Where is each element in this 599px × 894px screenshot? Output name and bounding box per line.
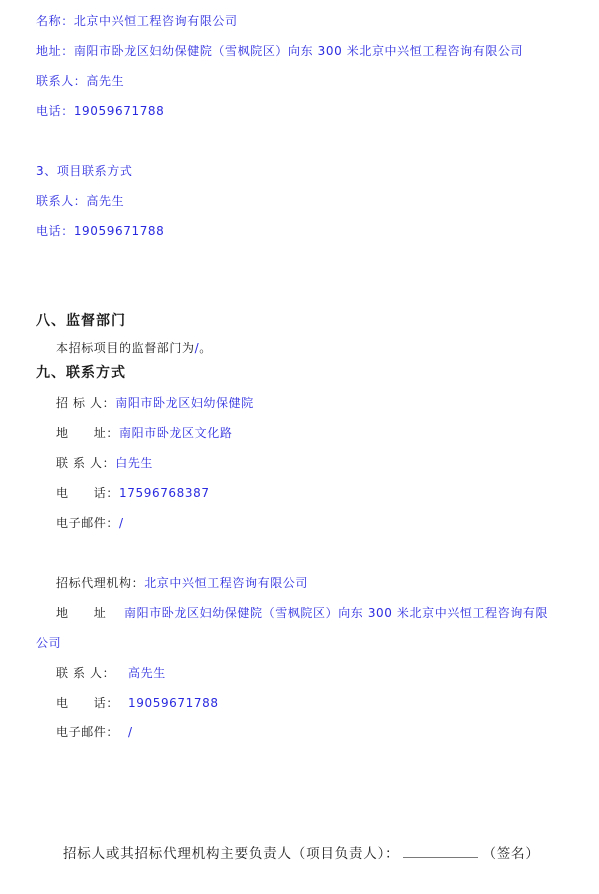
agency-addr-value-line2: 公司	[36, 635, 61, 651]
agency-email2-value: /	[128, 725, 133, 739]
agency-contact-line: 联系人：高先生	[36, 73, 124, 89]
tenderer-contact-value: 白先生	[115, 456, 153, 470]
agency-phone2-line: 电 话：19059671788	[56, 695, 219, 711]
tenderer-address-label: 地 址：	[56, 425, 119, 441]
tenderer-email-label: 电子邮件：	[56, 515, 119, 531]
tenderer-phone-line: 电 话：17596768387	[56, 485, 210, 501]
signature-line: 招标人或其招标代理机构主要负责人（项目负责人）：（签名）	[63, 843, 540, 863]
agency-contact-label: 联系人：	[36, 74, 86, 88]
section-8-heading: 八、监督部门	[36, 312, 126, 330]
tenderer-contact-label: 联 系 人：	[56, 455, 115, 471]
agency-name-line: 名称：北京中兴恒工程咨询有限公司	[36, 13, 238, 29]
signature-suffix: （签名）	[482, 846, 539, 862]
agency-email2-label: 电子邮件：	[56, 724, 128, 740]
agency-addr-value-line1: 南阳市卧龙区妇幼保健院（雪枫院区）向东 300 米北京中兴恒工程咨询有限	[124, 606, 548, 620]
tenderer-phone-label: 电 话：	[56, 485, 119, 501]
agency-phone-line: 电话：19059671788	[36, 103, 164, 119]
agency-email2-line: 电子邮件：/	[56, 724, 133, 740]
tenderer-email-line: 电子邮件：/	[56, 515, 124, 531]
agency-phone-value: 19059671788	[74, 104, 165, 118]
agency-address-line: 地址：南阳市卧龙区妇幼保健院（雪枫院区）向东 300 米北京中兴恒工程咨询有限公…	[36, 43, 523, 59]
agency-phone-label: 电话：	[36, 104, 74, 118]
supervision-text: 本招标项目的监督部门为/。	[56, 340, 212, 356]
tenderer-name-line: 招 标 人：南阳市卧龙区妇幼保健院	[56, 395, 254, 411]
agency-contact-value: 高先生	[86, 74, 124, 88]
signature-blank-field[interactable]	[403, 843, 478, 858]
tenderer-name-label: 招 标 人：	[56, 395, 115, 411]
agency-addr-line: 地 址南阳市卧龙区妇幼保健院（雪枫院区）向东 300 米北京中兴恒工程咨询有限	[56, 605, 548, 621]
tenderer-contact-line: 联 系 人：白先生	[56, 455, 153, 471]
tenderer-email-value: /	[119, 516, 124, 530]
agency-org-value: 北京中兴恒工程咨询有限公司	[144, 576, 308, 590]
agency-phone2-label: 电 话：	[56, 695, 128, 711]
agency-name-value: 北京中兴恒工程咨询有限公司	[74, 14, 238, 28]
tenderer-phone-value: 17596768387	[119, 486, 210, 500]
signature-label: 招标人或其招标代理机构主要负责人（项目负责人）：	[63, 846, 399, 862]
agency-contact2-value: 高先生	[128, 666, 166, 680]
supervision-suffix: 。	[199, 341, 212, 355]
tenderer-address-value: 南阳市卧龙区文化路	[119, 426, 232, 440]
agency-phone2-value: 19059671788	[128, 696, 219, 710]
project-contact-title: 3、项目联系方式	[36, 163, 132, 179]
section-9-heading: 九、联系方式	[36, 364, 126, 382]
project-contact-label: 联系人：	[36, 194, 86, 208]
agency-contact2-line: 联 系 人：高先生	[56, 665, 166, 681]
tenderer-name-value: 南阳市卧龙区妇幼保健院	[115, 396, 254, 410]
agency-name-label: 名称：	[36, 14, 74, 28]
supervision-prefix: 本招标项目的监督部门为	[56, 341, 195, 355]
agency-org-label: 招标代理机构：	[56, 575, 144, 591]
project-phone-line: 电话：19059671788	[36, 223, 164, 239]
agency-addr-label: 地 址	[56, 605, 124, 621]
agency-org-line: 招标代理机构：北京中兴恒工程咨询有限公司	[56, 575, 308, 591]
agency-contact2-label: 联 系 人：	[56, 665, 128, 681]
project-phone-label: 电话：	[36, 224, 74, 238]
project-phone-value: 19059671788	[74, 224, 165, 238]
agency-address-value: 南阳市卧龙区妇幼保健院（雪枫院区）向东 300 米北京中兴恒工程咨询有限公司	[74, 44, 523, 58]
tenderer-address-line: 地 址：南阳市卧龙区文化路	[56, 425, 232, 441]
project-contact-line: 联系人：高先生	[36, 193, 124, 209]
agency-address-label: 地址：	[36, 44, 74, 58]
project-contact-value: 高先生	[86, 194, 124, 208]
